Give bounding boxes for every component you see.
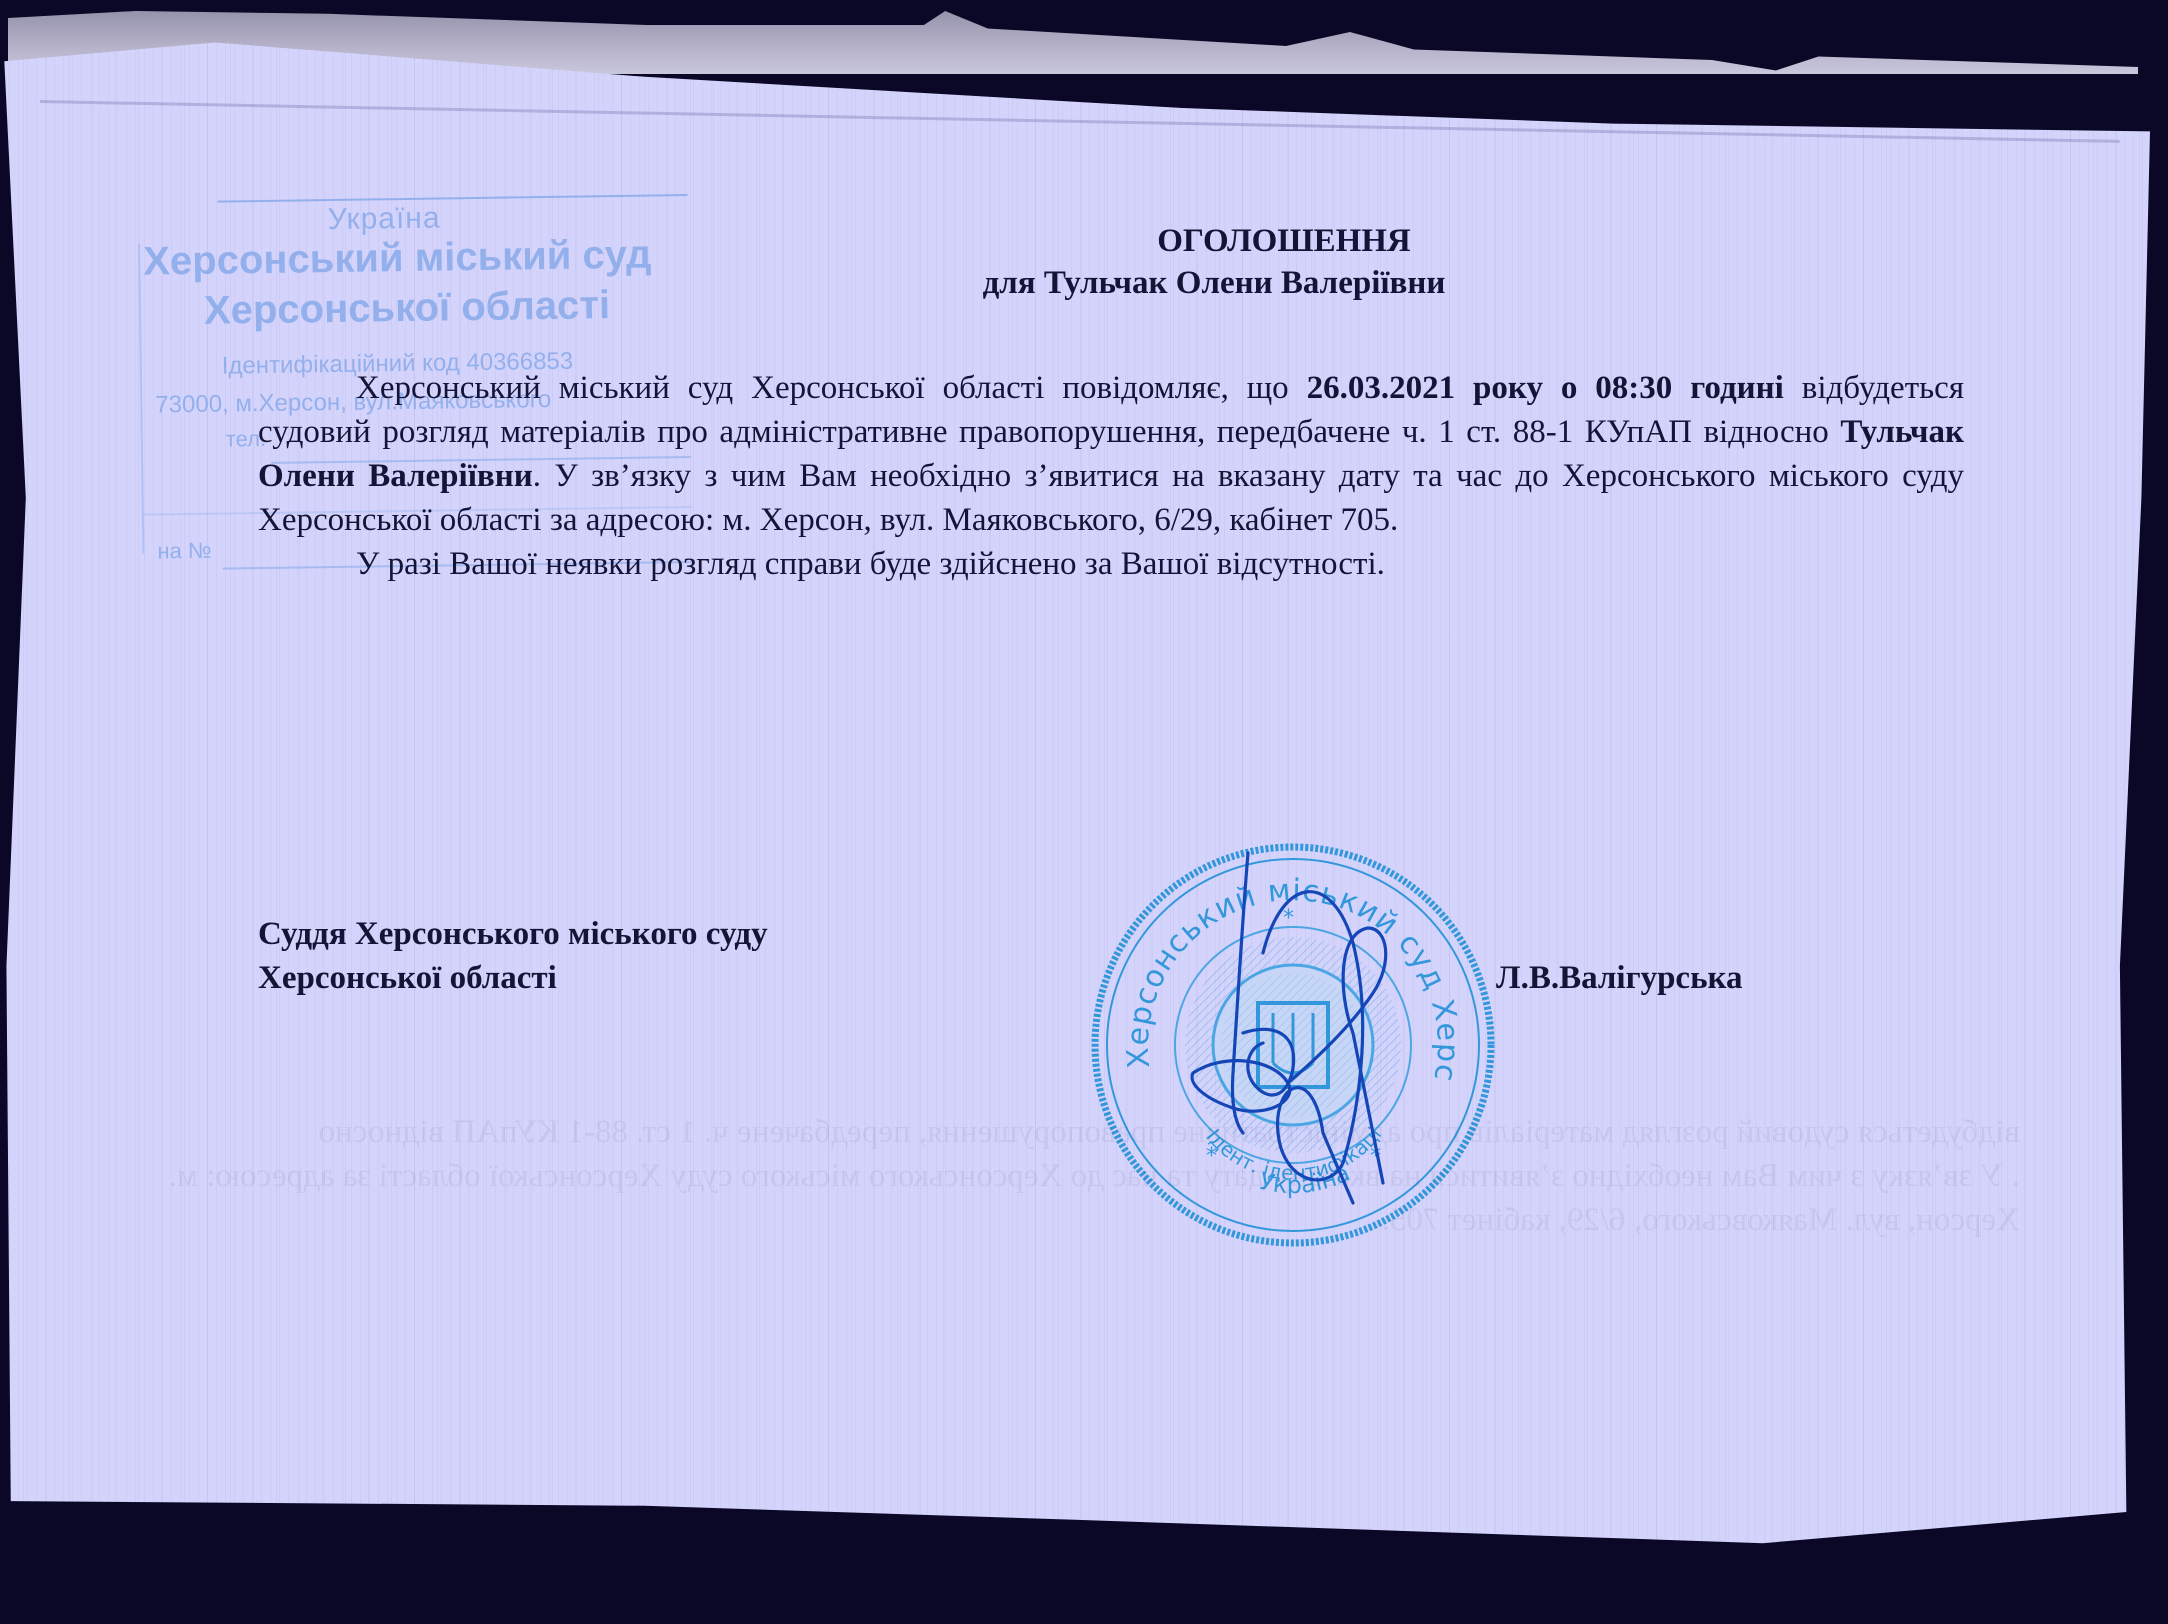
document-addressee: для Тульчак Олени Валеріївни (260, 262, 2168, 304)
document-title-block: ОГОЛОШЕННЯ для Тульчак Олени Валеріївни (0, 220, 2168, 304)
signature-position: Суддя Херсонського міського суду Херсонс… (258, 912, 768, 1000)
hearing-date-time: 26.03.2021 року о 08:30 годині (1307, 370, 1784, 406)
document-heading: ОГОЛОШЕННЯ (400, 220, 2168, 262)
court-seal-icon: Херсонський міський суд Херсонської обла… (1083, 833, 1503, 1253)
svg-text:*: * (1206, 1144, 1217, 1169)
body-paragraph-2: У разі Вашої неявки розгляд справи буде … (258, 542, 1964, 586)
judge-name: Л.В.Валігурська (1496, 956, 1743, 1000)
body-paragraph-1: Херсонський міський суд Херсонської обла… (258, 366, 1964, 542)
svg-text:*: * (1283, 906, 1294, 931)
stamp-ref-label: на № (157, 538, 211, 565)
p1-intro: Херсонський міський суд Херсонської обла… (356, 370, 1307, 406)
stamp-top-rule (217, 194, 687, 203)
signature-position-line-1: Суддя Херсонського міського суду (258, 912, 768, 956)
document-body: Херсонський міський суд Херсонської обла… (258, 366, 1964, 586)
signature-position-line-2: Херсонської області (258, 956, 768, 1000)
paper-fold-line (40, 100, 2120, 143)
